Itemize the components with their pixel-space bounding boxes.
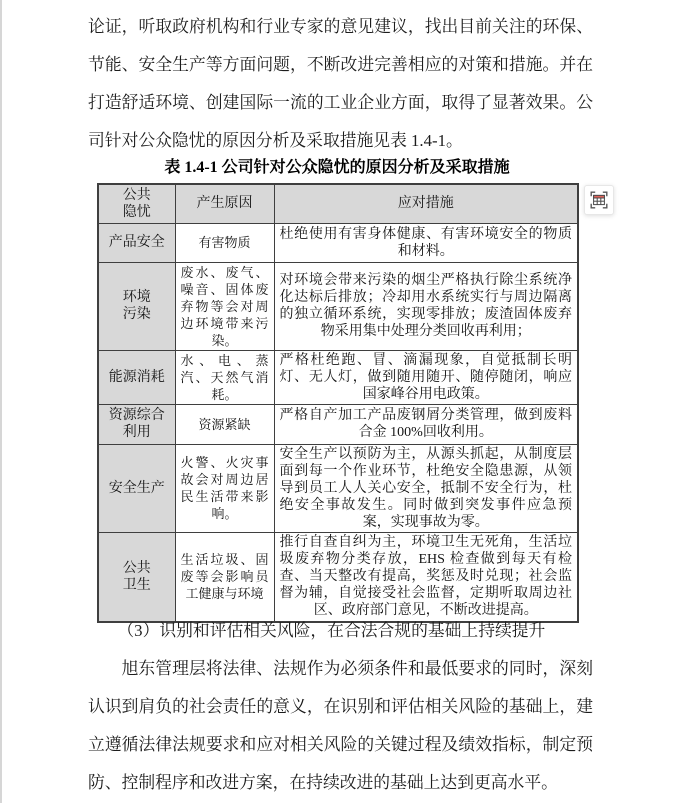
cell-cause: 废水、废气、噪音、固体废弃物等会对周边环境带来污染。 <box>175 262 274 350</box>
cell-cause: 有害物质 <box>175 223 274 262</box>
header-public-concern: 公共 隐忧 <box>98 184 175 223</box>
table-row: 环境 污染 废水、废气、噪音、固体废弃物等会对周边环境带来污染。 对环境会带来污… <box>98 262 578 350</box>
cell-measures: 严格杜绝跑、冒、滴漏现象，自觉抵制长明灯、无人灯，做到随用随开、随停随闭，响应国… <box>274 350 578 404</box>
table-header-row: 公共 隐忧 产生原因 应对措施 <box>98 184 578 223</box>
cell-cause: 资源紧缺 <box>175 404 274 444</box>
cell-concern: 公共 卫生 <box>98 532 175 622</box>
cell-concern: 环境 污染 <box>98 262 175 350</box>
cell-measures: 推行自查自纠为主，环境卫生无死角，生活垃圾废弃物分类存放，EHS 检查做到每天有… <box>274 532 578 622</box>
cell-cause: 火警、火灾事故会对周边居民生活带来影响。 <box>175 444 274 532</box>
table-extract-icon <box>589 190 609 210</box>
section-heading: （3）识别和评估相关风险，在合法合规的基础上持续提升 <box>88 612 593 650</box>
table-row: 资源综合 利用 资源紧缺 严格自产加工产品废钢屑分类管理，做到废料合金 100%… <box>98 404 578 444</box>
cell-cause: 生活垃圾、固废等会影响员工健康与环境 <box>175 532 274 622</box>
document-page: 论证，听取政府机构和行业专家的意见建议，找出目前关注的环保、节能、安全生产等方面… <box>0 0 675 803</box>
concerns-table: 公共 隐忧 产生原因 应对措施 产品安全 有害物质 杜绝使用有害身体健康、有害环… <box>97 183 579 623</box>
header-measures: 应对措施 <box>274 184 578 223</box>
cell-measures: 严格自产加工产品废钢屑分类管理，做到废料合金 100%回收利用。 <box>274 404 578 444</box>
cell-measures: 安全生产以预防为主，从源头抓起，从制度层面到每一个作业环节，杜绝安全隐患源，从领… <box>274 444 578 532</box>
cell-concern: 产品安全 <box>98 223 175 262</box>
page-left-edge <box>0 0 2 803</box>
table-extract-button[interactable] <box>584 185 614 215</box>
table-row: 能源消耗 水、电、蒸汽、天然气消耗。 严格杜绝跑、冒、滴漏现象，自觉抵制长明灯、… <box>98 350 578 404</box>
table-row: 产品安全 有害物质 杜绝使用有害身体健康、有害环境安全的物质和材料。 <box>98 223 578 262</box>
table-row: 安全生产 火警、火灾事故会对周边居民生活带来影响。 安全生产以预防为主，从源头抓… <box>98 444 578 532</box>
cell-concern: 资源综合 利用 <box>98 404 175 444</box>
cell-concern: 能源消耗 <box>98 350 175 404</box>
header-cause: 产生原因 <box>175 184 274 223</box>
paragraph-bottom: 旭东管理层将法律、法规作为必须条件和最低要求的同时，深刻认识到肩负的社会责任的意… <box>88 650 593 802</box>
cell-cause: 水、电、蒸汽、天然气消耗。 <box>175 350 274 404</box>
paragraph-top: 论证，听取政府机构和行业专家的意见建议，找出目前关注的环保、节能、安全生产等方面… <box>88 8 593 160</box>
cell-measures: 杜绝使用有害身体健康、有害环境安全的物质和材料。 <box>274 223 578 262</box>
table-title: 表 1.4-1 公司针对公众隐忧的原因分析及采取措施 <box>97 153 577 183</box>
table-row: 公共 卫生 生活垃圾、固废等会影响员工健康与环境 推行自查自纠为主，环境卫生无死… <box>98 532 578 622</box>
cell-concern: 安全生产 <box>98 444 175 532</box>
cell-measures: 对环境会带来污染的烟尘严格执行除尘系统净化达标后排放；冷却用水系统实行与周边隔离… <box>274 262 578 350</box>
